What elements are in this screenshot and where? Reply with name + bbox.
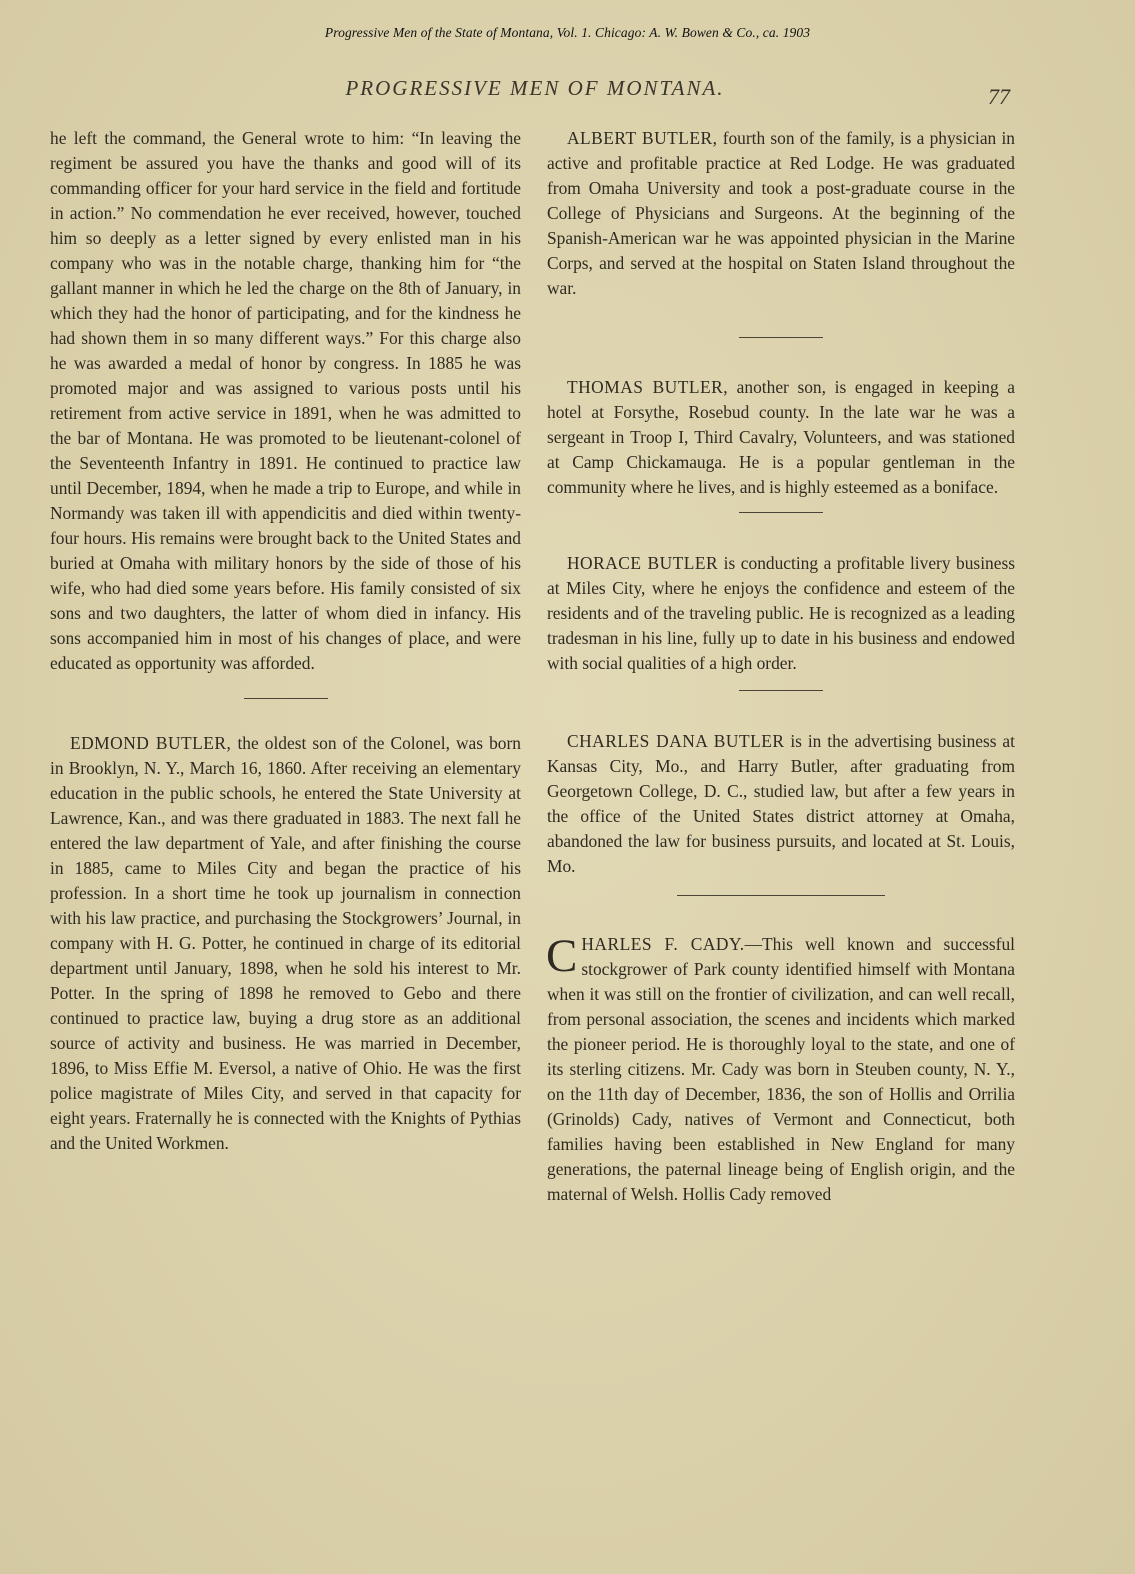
bio-name: ALBERT BUTLER, bbox=[567, 128, 717, 148]
bio-horace-butler: HORACE BUTLER is conducting a profitable… bbox=[547, 551, 1015, 676]
source-citation: Progressive Men of the State of Montana,… bbox=[0, 25, 1135, 41]
bio-text: is in the advertising business at Kansas… bbox=[547, 731, 1015, 876]
running-head: PROGRESSIVE MEN OF MONTANA. bbox=[0, 76, 1070, 101]
bio-text: —This well known and successful stockgro… bbox=[547, 934, 1015, 1204]
bio-name: HORACE BUTLER bbox=[567, 553, 718, 573]
bio-name: EDMOND BUTLER, bbox=[70, 733, 231, 753]
bio-name: HARLES F. CADY. bbox=[581, 934, 744, 954]
page-number: 77 bbox=[988, 84, 1010, 110]
bio-thomas-butler: THOMAS BUTLER, another son, is engaged i… bbox=[547, 375, 1015, 500]
bio-name: THOMAS BUTLER, bbox=[567, 377, 728, 397]
right-column: ALBERT BUTLER, fourth son of the family,… bbox=[547, 126, 1015, 1207]
bio-text: fourth son of the family, is a physician… bbox=[547, 128, 1015, 298]
bio-text: the oldest son of the Colonel, was born … bbox=[50, 733, 521, 1153]
bio-name: CHARLES DANA BUTLER bbox=[567, 731, 784, 751]
drop-cap: C bbox=[546, 936, 577, 976]
left-column: he left the command, the General wrote t… bbox=[50, 126, 521, 1156]
bio-charles-dana-butler: CHARLES DANA BUTLER is in the advertisin… bbox=[547, 729, 1015, 879]
continuation-paragraph: he left the command, the General wrote t… bbox=[50, 126, 521, 676]
bio-edmond-butler: EDMOND BUTLER, the oldest son of the Col… bbox=[50, 731, 521, 1156]
bio-albert-butler: ALBERT BUTLER, fourth son of the family,… bbox=[547, 126, 1015, 301]
bio-charles-f-cady: C HARLES F. CADY.—This well known and su… bbox=[547, 932, 1015, 1207]
